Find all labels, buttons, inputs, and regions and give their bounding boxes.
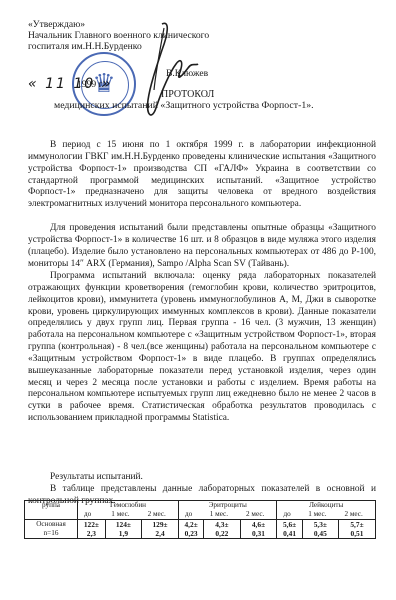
approver-position-line2: госпиталя им.Н.Н.Бурденко: [28, 41, 142, 52]
error-value: 1,9: [108, 529, 139, 538]
paragraph-samples: Для проведения испытаний были представле…: [28, 223, 376, 270]
value-cell: 5,3±0,45: [302, 520, 338, 539]
error-value: 0,51: [341, 529, 373, 538]
subheader-before: до: [277, 510, 302, 520]
header-hemoglobin: Гемоглобин: [78, 501, 179, 511]
subheader-1-month: 1 мес.: [204, 510, 240, 520]
subheader-2-months: 2 мес.: [142, 510, 179, 520]
mean-value: 4,6±: [243, 520, 275, 529]
error-value: 0,45: [305, 529, 336, 538]
value-cell: 4,2±0,23: [179, 520, 204, 539]
value-cell: 124±1,9: [105, 520, 141, 539]
mean-value: 122±: [80, 520, 103, 529]
value-cell: 5,7±0,51: [338, 520, 375, 539]
error-value: 2,3: [80, 529, 103, 538]
approval-date-year: 1999 г.: [77, 79, 104, 90]
paragraph-intro: В период с 15 июня по 1 октября 1999 г. …: [28, 140, 376, 211]
document-subtitle: медицинских испытаний «Защитного устройс…: [54, 100, 314, 111]
subheader-1-month: 1 мес.: [105, 510, 141, 520]
table-row: Основная n=16 122±2,3 124±1,9 129±2,4 4,…: [25, 520, 376, 539]
mean-value: 5,7±: [341, 520, 373, 529]
group-size: n=16: [27, 529, 75, 538]
error-value: 2,4: [144, 529, 176, 538]
approver-name: В.Клюжев: [166, 68, 208, 79]
table-subheader-row: до 1 мес. 2 мес. до 1 мес. 2 мес. до 1 м…: [25, 510, 376, 520]
value-cell: 4,3±0,22: [204, 520, 240, 539]
value-cell: 4,6±0,31: [240, 520, 277, 539]
document-title: ПРОТОКОЛ: [161, 89, 214, 100]
mean-value: 4,2±: [181, 520, 201, 529]
paragraph-program: Программа испытаний включала: оценку ряд…: [28, 271, 376, 425]
mean-value: 5,3±: [305, 520, 336, 529]
value-cell: 5,6±0,41: [277, 520, 302, 539]
error-value: 0,22: [206, 529, 237, 538]
results-table: руппа Гемоглобин Эритроциты Лейкоциты до…: [24, 500, 376, 539]
paragraph-results-heading: Результаты испытаний.: [28, 472, 376, 484]
approval-word: «Утверждаю»: [28, 19, 85, 30]
subheader-before: до: [78, 510, 106, 520]
mean-value: 124±: [108, 520, 139, 529]
group-cell: Основная n=16: [25, 520, 78, 539]
header-leukocytes: Лейкоциты: [277, 501, 376, 511]
mean-value: 129±: [144, 520, 176, 529]
table-header-row: руппа Гемоглобин Эритроциты Лейкоциты: [25, 501, 376, 511]
subheader-2-months: 2 мес.: [240, 510, 277, 520]
value-cell: 122±2,3: [78, 520, 106, 539]
header-erythrocytes: Эритроциты: [179, 501, 277, 511]
mean-value: 4,3±: [206, 520, 237, 529]
subheader-before: до: [179, 510, 204, 520]
error-value: 0,31: [243, 529, 275, 538]
group-name: Основная: [27, 520, 75, 529]
mean-value: 5,6±: [279, 520, 299, 529]
value-cell: 129±2,4: [142, 520, 179, 539]
header-group: руппа: [25, 501, 78, 520]
error-value: 0,23: [181, 529, 201, 538]
subheader-1-month: 1 мес.: [302, 510, 338, 520]
error-value: 0,41: [279, 529, 299, 538]
subheader-2-months: 2 мес.: [338, 510, 375, 520]
